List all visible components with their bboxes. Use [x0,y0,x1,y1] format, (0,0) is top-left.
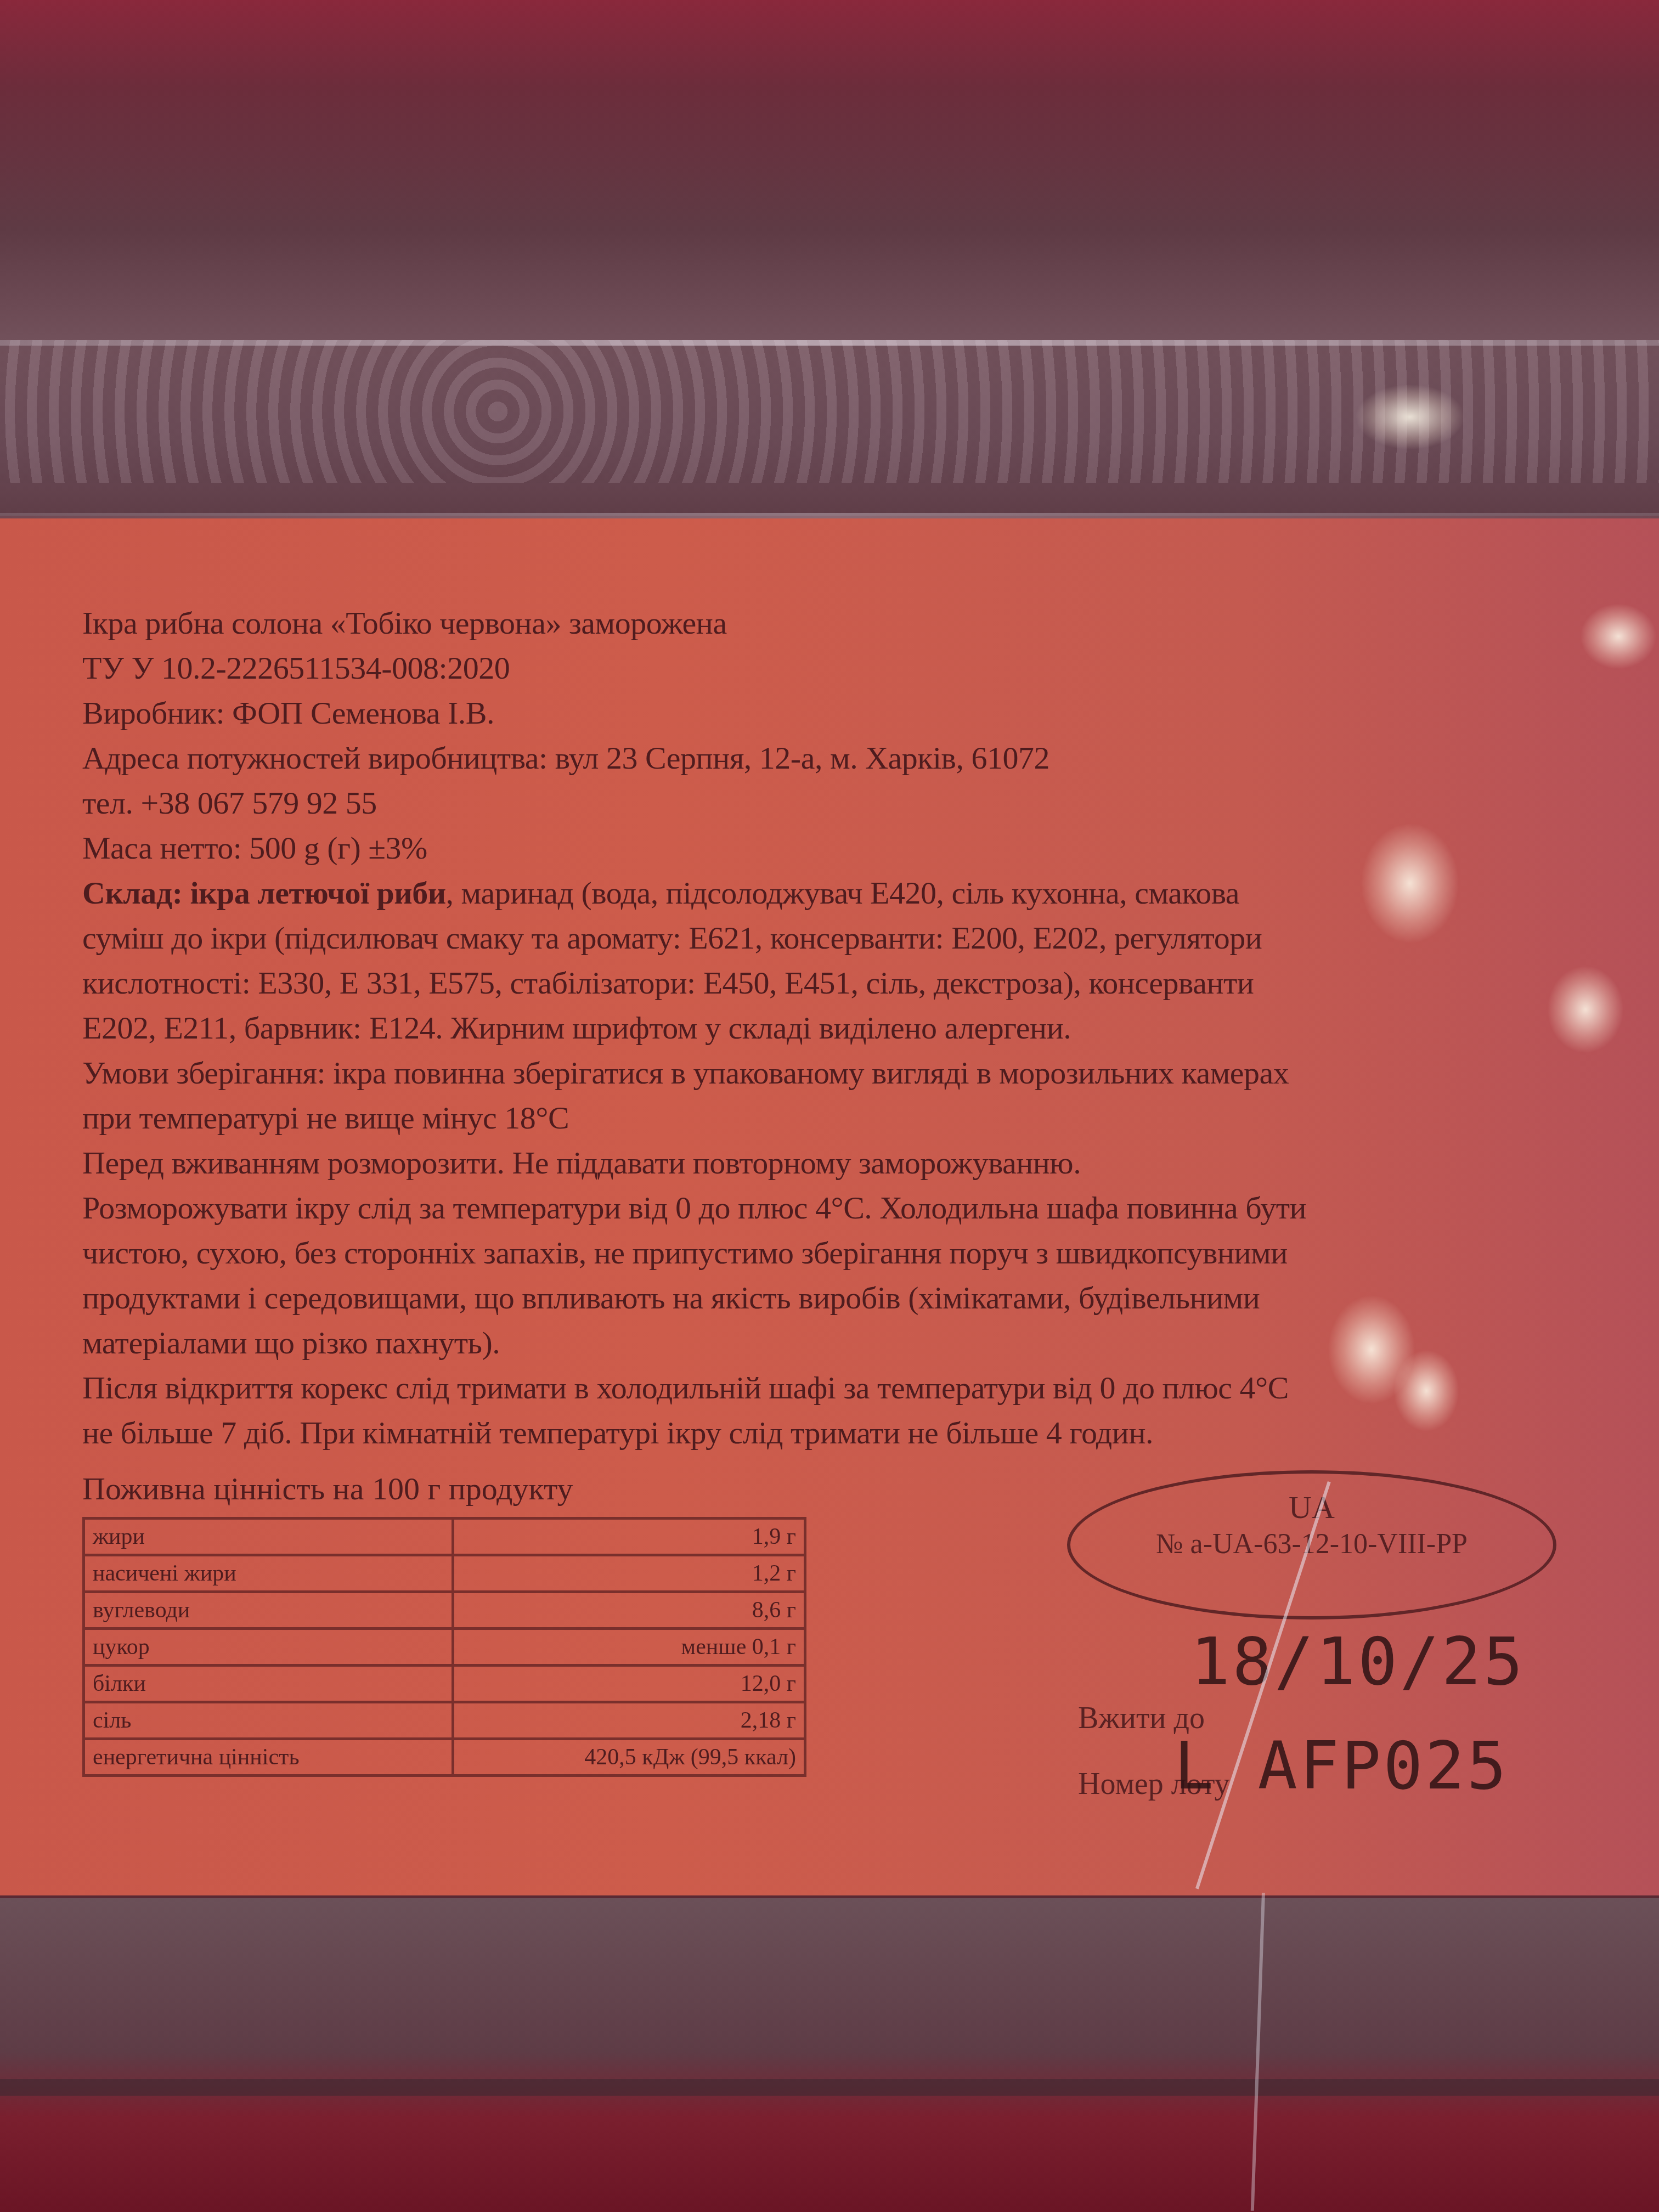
label-body: Ікра рибна солона «Тобіко червона» замор… [82,601,1657,1455]
table-row: вуглеводи8,6 г [84,1592,805,1629]
tech-spec: ТУ У 10.2-2226511534-008:2020 [82,646,1657,691]
nutrient-value: менше 0,1 г [453,1629,805,1666]
product-name: Ікра рибна солона «Тобіко червона» замор… [82,601,1657,646]
nutrient-value: 12,0 г [453,1666,805,1702]
nutrient-value: 2,18 г [453,1702,805,1739]
table-row: енергетична цінність420,5 кДж (99,5 ккал… [84,1739,805,1776]
glare-spot [1580,603,1657,669]
nutrient-name: цукор [84,1629,453,1666]
composition-line: E202, E211, барвник: E124. Жирним шрифто… [82,1006,1657,1051]
plastic-seam [0,340,1659,346]
glare-spot [1393,1350,1459,1432]
nutrient-name: жири [84,1519,453,1555]
storage-line: Розморожувати ікру слід за температури в… [82,1186,1657,1231]
composition-line: кислотності: E330, E 331, E575, стабіліз… [82,961,1657,1006]
glare-spot [1361,823,1459,944]
packaging-bottom [0,1898,1659,2212]
nutrient-name: енергетична цінність [84,1739,453,1776]
storage-line: чистою, сухою, без сторонніх запахів, не… [82,1231,1657,1276]
nutrient-value: 1,2 г [453,1555,805,1592]
manufacturer: Виробник: ФОП Семенова І.В. [82,691,1657,736]
composition-line: , маринад (вода, підсолоджувач E420, сіл… [446,875,1240,911]
nutrient-name: білки [84,1666,453,1702]
address: Адреса потужностей виробництва: вул 23 С… [82,736,1657,781]
storage-line: при температурі не вище мінус 18°С [82,1096,1657,1141]
storage-line: Перед вживанням розморозити. Не піддават… [82,1141,1657,1186]
nutrient-name: вуглеводи [84,1592,453,1629]
nutrition-table: жири1,9 г насичені жири1,2 г вуглеводи8,… [82,1517,806,1777]
table-row: сіль2,18 г [84,1702,805,1739]
table-row: цукорменше 0,1 г [84,1629,805,1666]
nutrient-value: 8,6 г [453,1592,805,1629]
veterinary-stamp: UA № а-UA-63-12-10-VIII-РР [1067,1470,1556,1620]
storage-line: Умови зберігання: ікра повинна зберігати… [82,1051,1657,1096]
lot-number: L AFP025 [1174,1728,1509,1804]
best-before-date: 18/10/25 [1190,1624,1525,1700]
allergen: ікра летючої риби [190,875,446,911]
table-row: жири1,9 г [84,1519,805,1555]
table-row: насичені жири1,2 г [84,1555,805,1592]
phone: тел. +38 067 579 92 55 [82,781,1657,826]
storage-line: продуктами і середовищами, що впливають … [82,1276,1657,1321]
glare-spot [1547,966,1624,1053]
nutrient-name: насичені жири [84,1555,453,1592]
table-row: білки12,0 г [84,1666,805,1702]
nutrient-value: 1,9 г [453,1519,805,1555]
composition-label: Склад: [82,875,190,911]
nutrition-title: Поживна цінність на 100 г продукту [82,1470,573,1507]
stamp-country: UA [1070,1489,1553,1526]
nutrient-name: сіль [84,1702,453,1739]
nutrient-value: 420,5 кДж (99,5 ккал) [453,1739,805,1776]
glare-spot [1355,384,1465,450]
